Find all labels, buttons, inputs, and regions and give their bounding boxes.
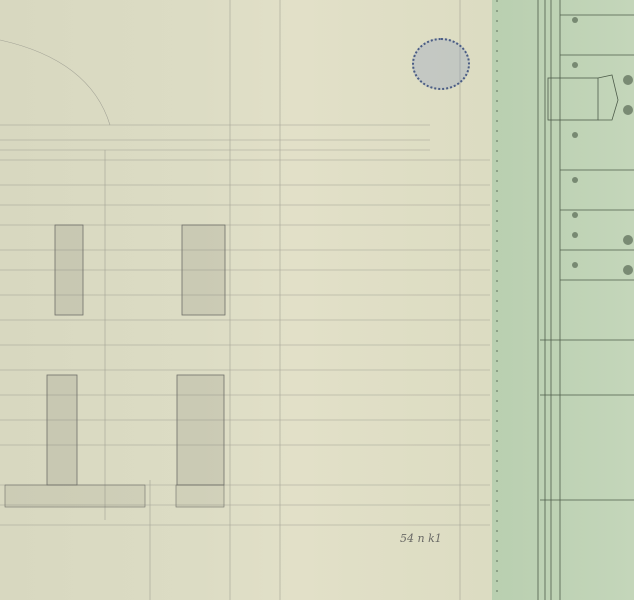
- archive-stamp-icon: [412, 38, 470, 90]
- handwritten-annotation: 54 n k1: [400, 532, 442, 545]
- drawing-scene: 54 n k1: [0, 0, 634, 600]
- drawing-lines: [0, 0, 634, 600]
